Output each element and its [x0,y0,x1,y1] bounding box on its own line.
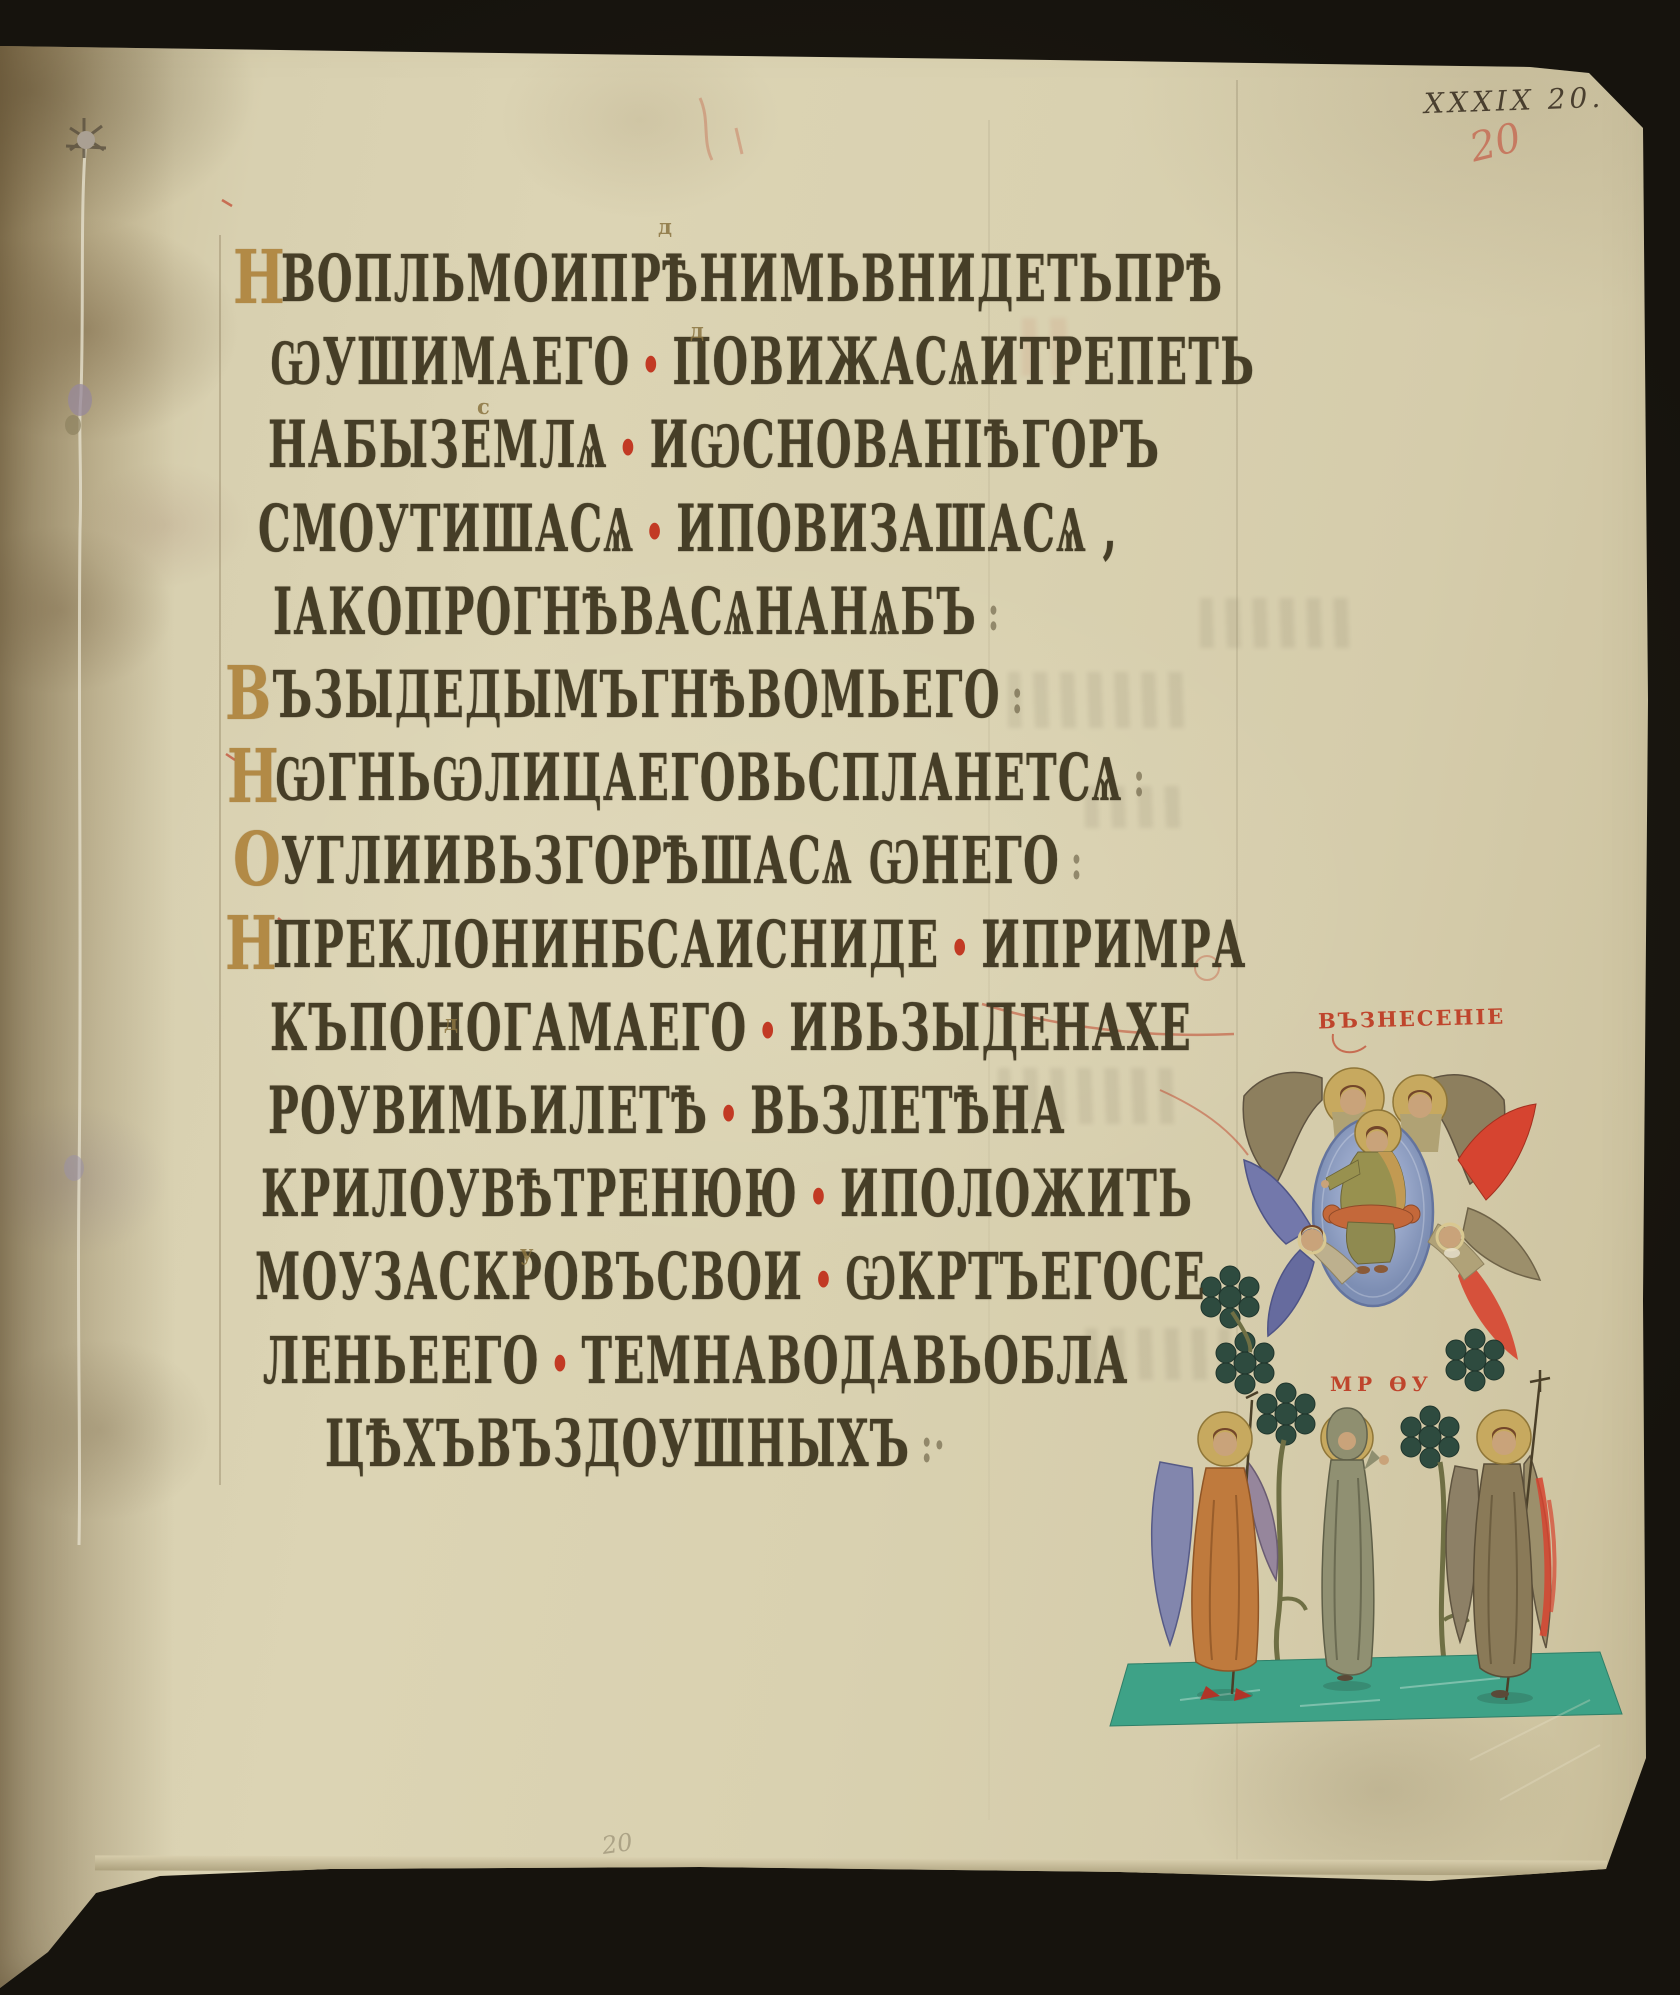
text-segment: , [1087,491,1118,567]
ground [1110,1652,1622,1726]
parchment-leaf: НВОПЛЬМОИПРѢНИМЬВНИДЕТЬПРѢѠУШИМАЕГО•ПОВИ… [0,0,1680,1995]
text-segment: КЪПОНОГАМАЕГО [270,990,747,1066]
text-segment: : [1001,667,1025,725]
text-segment: ЛЕНЬЕЕГО [263,1323,540,1399]
illuminated-initial: О [233,825,266,895]
text-segment: ѠГНЬѠЛИЦАЕГОВЬСПЛАНЕТСѦ [275,740,1123,816]
red-punctuation-dot: • [540,1336,582,1392]
manuscript-line: ВЪЗЫДЕДЫМЪГНѢВОМЬЕГО: [225,659,1411,733]
illuminated-initial: Н [225,909,258,979]
red-punctuation-dot: • [939,920,981,976]
text-segment: ТЕМНАВОДАВЬОБЛА [581,1323,1128,1399]
text-segment: ІАКОПРОГНѢВАСѦНАНѦБЪ [273,574,977,650]
superscript-letter: д [690,318,704,343]
text-segment: : [977,584,1001,642]
red-punctuation-dot: • [634,504,676,560]
text-segment: :· [910,1416,946,1474]
text-segment: ѠКРТЪЕГОСЕ [845,1239,1206,1315]
manuscript-line: ІАКОПРОГНѢВАСѦНАНѦБЪ: [273,576,1376,650]
standing-angel-right [1446,1370,1554,1700]
bottom-folio-number: 20 [600,1828,634,1860]
manuscript-line: РОУВИМЬИЛЕТѢ•ВЬЗЛЕТѢНА [268,1075,1477,1149]
manuscript-line: НВОПЛЬМОИПРѢНИМЬВНИДЕТЬПРѢ [233,243,1680,317]
text-segment: ИПРИМРА [981,907,1246,983]
manuscript-line: НАБЫЗЕМЛѦ•ИѠСНОВАНІѢГОРЪ [268,409,1620,483]
illuminated-initial: Н [233,243,266,313]
red-punctuation-dot: • [631,338,673,394]
text-segment: КРИЛОУВѢТРЕНЮЮ [261,1156,798,1232]
manuscript-line: ОУГЛИИВЬЗГОРѢШАСѦ ѠНЕГО: [233,825,1497,899]
text-segment: ѠУШИМАЕГО [270,324,631,400]
manuscript-photo: НВОПЛЬМОИПРѢНИМЬВНИДЕТЬПРѢѠУШИМАЕГО•ПОВИ… [0,0,1680,1995]
text-segment: ИПОВИЗАШАСѦ [676,491,1087,567]
binding-gutter [0,40,175,1990]
manuscript-line: ЦѢХЪВЪЗДОУШНЫХЪ:· [325,1408,1266,1482]
text-segment: НАБЫЗЕМЛѦ [268,407,608,483]
text-segment: : [1060,834,1084,892]
red-punctuation-dot: • [708,1086,750,1142]
miniature-caption: ВЪЗНЕСЕНІЕ [1318,1004,1506,1034]
superscript-letter: у [520,1240,533,1265]
text-segment: : [1123,751,1147,809]
manuscript-line: МОУЗАСКРОВЪСВОИ•ѠКРТЪЕГОСЕ [255,1241,1680,1315]
surface-scratches [1470,1700,1600,1800]
under-page-edge [95,1855,1607,1875]
manuscript-line: СМОУТИШАСѦ•ИПОВИЗАШАСѦ , [258,493,1561,567]
text-segment: ИПОЛОЖИТЬ [840,1156,1193,1232]
manuscript-line: ѠУШИМАЕГО•ПОВИЖАСѦИТРЕПЕТЬ [270,326,1680,400]
text-segment: ЪЗЫДЕДЫМЪГНѢВОМЬЕГО [273,657,1001,733]
text-segment: ИВЬЗЫДЕНАХЕ [789,990,1192,1066]
superscript-letter: д [444,1010,458,1035]
text-segment: РОУВИМЬИЛЕТѢ [268,1073,708,1149]
text-segment: ВОПЛЬМОИПРѢНИМЬВНИДЕТЬПРѢ [281,241,1223,317]
superscript-letter: с [477,394,490,419]
text-segment: УГЛИИВЬЗГОРѢШАСѦ ѠНЕГО [281,823,1060,899]
superscript-letter: д [658,214,672,239]
red-punctuation-dot: • [608,421,650,477]
red-punctuation-dot: • [798,1170,840,1226]
manuscript-line: НѠГНЬѠЛИЦАЕГОВЬСПЛАНЕТСѦ: [227,742,1595,816]
manuscript-line: КРИЛОУВѢТРЕНЮЮ•ИПОЛОЖИТЬ [261,1158,1674,1232]
margin-ruling-line [219,235,221,1485]
text-segment: ПОВИЖАСѦИТРЕПЕТЬ [672,324,1255,400]
corner-number-red: 20 [1465,115,1526,172]
theotokos-monogram: МР ѲУ [1330,1372,1433,1396]
red-punctuation-dot: • [747,1003,789,1059]
text-segment: ЦѢХЪВЪЗДОУШНЫХЪ [325,1406,910,1482]
text-segment: СМОУТИШАСѦ [258,491,634,567]
text-segment: ИѠСНОВАНІѢГОРЪ [650,407,1161,483]
red-punctuation-dot: • [803,1253,845,1309]
illuminated-initial: В [225,659,258,729]
text-segment: ПРЕКЛОНИНБСАИСНИДЕ [273,907,939,983]
text-segment: ВЬЗЛЕТѢНА [750,1073,1066,1149]
illuminated-initial: Н [227,742,260,812]
manuscript-line: НПРЕКЛОНИНБСАИСНИДЕ•ИПРИМРА [225,909,1680,983]
theotokos-figure [1321,1408,1389,1681]
